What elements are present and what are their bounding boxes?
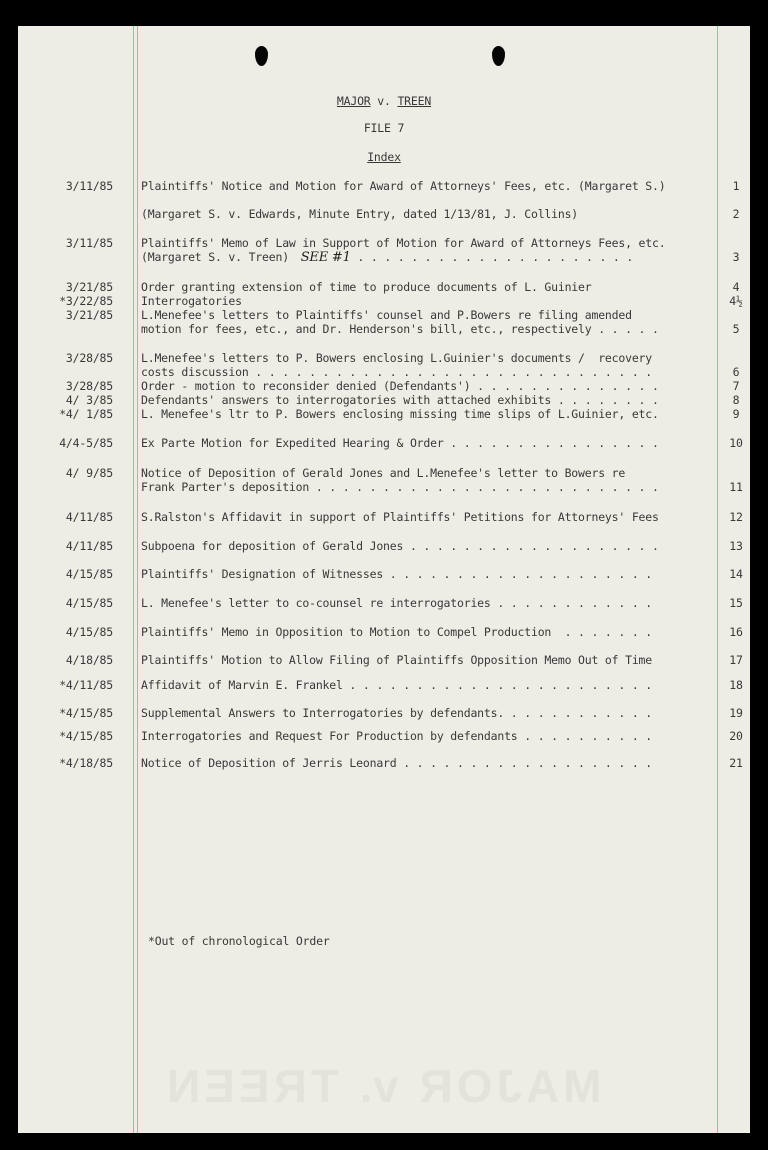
entry-page-number: 10	[716, 436, 756, 450]
entry-page-number: 15	[716, 596, 756, 610]
entry-date: *4/15/85	[23, 706, 113, 720]
margin-line-left-2	[137, 26, 138, 1133]
entry-description: Notice of Deposition of Gerald Jones and…	[141, 466, 625, 480]
entry-description: L. Menefee's letter to co-counsel re int…	[141, 596, 652, 610]
entry-description: motion for fees, etc., and Dr. Henderson…	[141, 322, 659, 336]
entry-page-number: 4½	[716, 294, 756, 308]
case-party-right: TREEN	[397, 94, 431, 108]
entry-description: Interrogatories and Request For Producti…	[141, 729, 652, 743]
entry-description: Defendants' answers to interrogatories w…	[141, 393, 659, 407]
entry-description: L.Menefee's letters to P. Bowers enclosi…	[141, 351, 652, 365]
dot-leader: . . . . . . . . . . . . . . . . . . . . …	[351, 250, 633, 264]
entry-page-number: 21	[716, 756, 756, 770]
entry-page-number: 19	[716, 706, 756, 720]
entry-date: 4/ 9/85	[23, 466, 113, 480]
entry-page-number: 8	[716, 393, 756, 407]
entry-description: Plaintiffs' Motion to Allow Filing of Pl…	[141, 653, 652, 667]
entry-date: 4/15/85	[23, 567, 113, 581]
handwritten-note: SEE #1	[289, 250, 351, 265]
entry-description: L. Menefee's ltr to P. Bowers enclosing …	[141, 407, 659, 421]
entry-description: S.Ralston's Affidavit in support of Plai…	[141, 510, 659, 524]
entry-description: Order granting extension of time to prod…	[141, 280, 591, 294]
entry-date: 4/11/85	[23, 510, 113, 524]
entry-page-number: 5	[716, 322, 756, 336]
entry-page-number: 20	[716, 729, 756, 743]
entry-page-number: 4	[716, 280, 756, 294]
entry-description: L.Menefee's letters to Plaintiffs' couns…	[141, 308, 632, 322]
entry-date: 3/11/85	[23, 179, 113, 193]
entry-date: 4/11/85	[23, 539, 113, 553]
entry-page-number: 1	[716, 179, 756, 193]
entry-description: Plaintiffs' Memo of Law in Support of Mo…	[141, 236, 665, 250]
entry-date: *4/18/85	[23, 756, 113, 770]
entry-description: (Margaret S. v. Treen) SEE #1 . . . . . …	[141, 250, 633, 265]
document-page: MAJOR v. TREEN FILE 7 Index 3/11/85Plain…	[18, 26, 750, 1133]
entry-description: (Margaret S. v. Edwards, Minute Entry, d…	[141, 207, 578, 221]
entry-page-number: 16	[716, 625, 756, 639]
index-heading: Index	[18, 150, 750, 164]
entry-date: *4/11/85	[23, 678, 113, 692]
entry-date: *4/ 1/85	[23, 407, 113, 421]
entry-page-number: 17	[716, 653, 756, 667]
entry-date: 3/28/85	[23, 351, 113, 365]
entry-date: 4/18/85	[23, 653, 113, 667]
entry-page-number: 14	[716, 567, 756, 581]
entry-page-number: 3	[716, 250, 756, 264]
entry-date: 3/21/85	[23, 308, 113, 322]
entry-description: Supplemental Answers to Interrogatories …	[141, 706, 652, 720]
entry-date: 4/4-5/85	[23, 436, 113, 450]
entry-description: Interrogatories	[141, 294, 242, 308]
entry-page-number: 13	[716, 539, 756, 553]
entry-description: Subpoena for deposition of Gerald Jones …	[141, 539, 659, 553]
entry-page-number: 12	[716, 510, 756, 524]
entry-description: Ex Parte Motion for Expedited Hearing & …	[141, 436, 659, 450]
case-versus: v.	[377, 94, 390, 108]
footnote: *Out of chronological Order	[148, 934, 330, 948]
entry-date: 4/15/85	[23, 625, 113, 639]
entry-page-number: 11	[716, 480, 756, 494]
entry-page-number: 7	[716, 379, 756, 393]
case-party-left: MAJOR	[337, 94, 371, 108]
entry-date: *3/22/85	[23, 294, 113, 308]
entry-description: costs discussion . . . . . . . . . . . .…	[141, 365, 652, 379]
entry-date: 3/11/85	[23, 236, 113, 250]
entry-date: 3/21/85	[23, 280, 113, 294]
margin-line-left-1	[133, 26, 134, 1133]
entry-description: Frank Parter's deposition . . . . . . . …	[141, 480, 659, 494]
entry-description: Plaintiffs' Memo in Opposition to Motion…	[141, 625, 652, 639]
punch-hole-icon	[492, 46, 505, 66]
entry-description: Notice of Deposition of Jerris Leonard .…	[141, 756, 652, 770]
entry-date: 4/15/85	[23, 596, 113, 610]
entry-description: Plaintiffs' Designation of Witnesses . .…	[141, 567, 652, 581]
entry-description: Plaintiffs' Notice and Motion for Award …	[141, 179, 665, 193]
entry-date: *4/15/85	[23, 729, 113, 743]
entry-date: 3/28/85	[23, 379, 113, 393]
entry-description: Order - motion to reconsider denied (Def…	[141, 379, 659, 393]
file-label: FILE 7	[18, 121, 750, 135]
entry-page-number: 2	[716, 207, 756, 221]
entry-description: Affidavit of Marvin E. Frankel . . . . .…	[141, 678, 652, 692]
entry-date: 4/ 3/85	[23, 393, 113, 407]
entry-page-number: 9	[716, 407, 756, 421]
entry-page-number: 6	[716, 365, 756, 379]
case-title: MAJOR v. TREEN	[18, 94, 750, 108]
entry-page-number: 18	[716, 678, 756, 692]
bleed-through-text: MAJOR v. TREEN	[163, 1059, 602, 1113]
punch-hole-icon	[255, 46, 268, 66]
